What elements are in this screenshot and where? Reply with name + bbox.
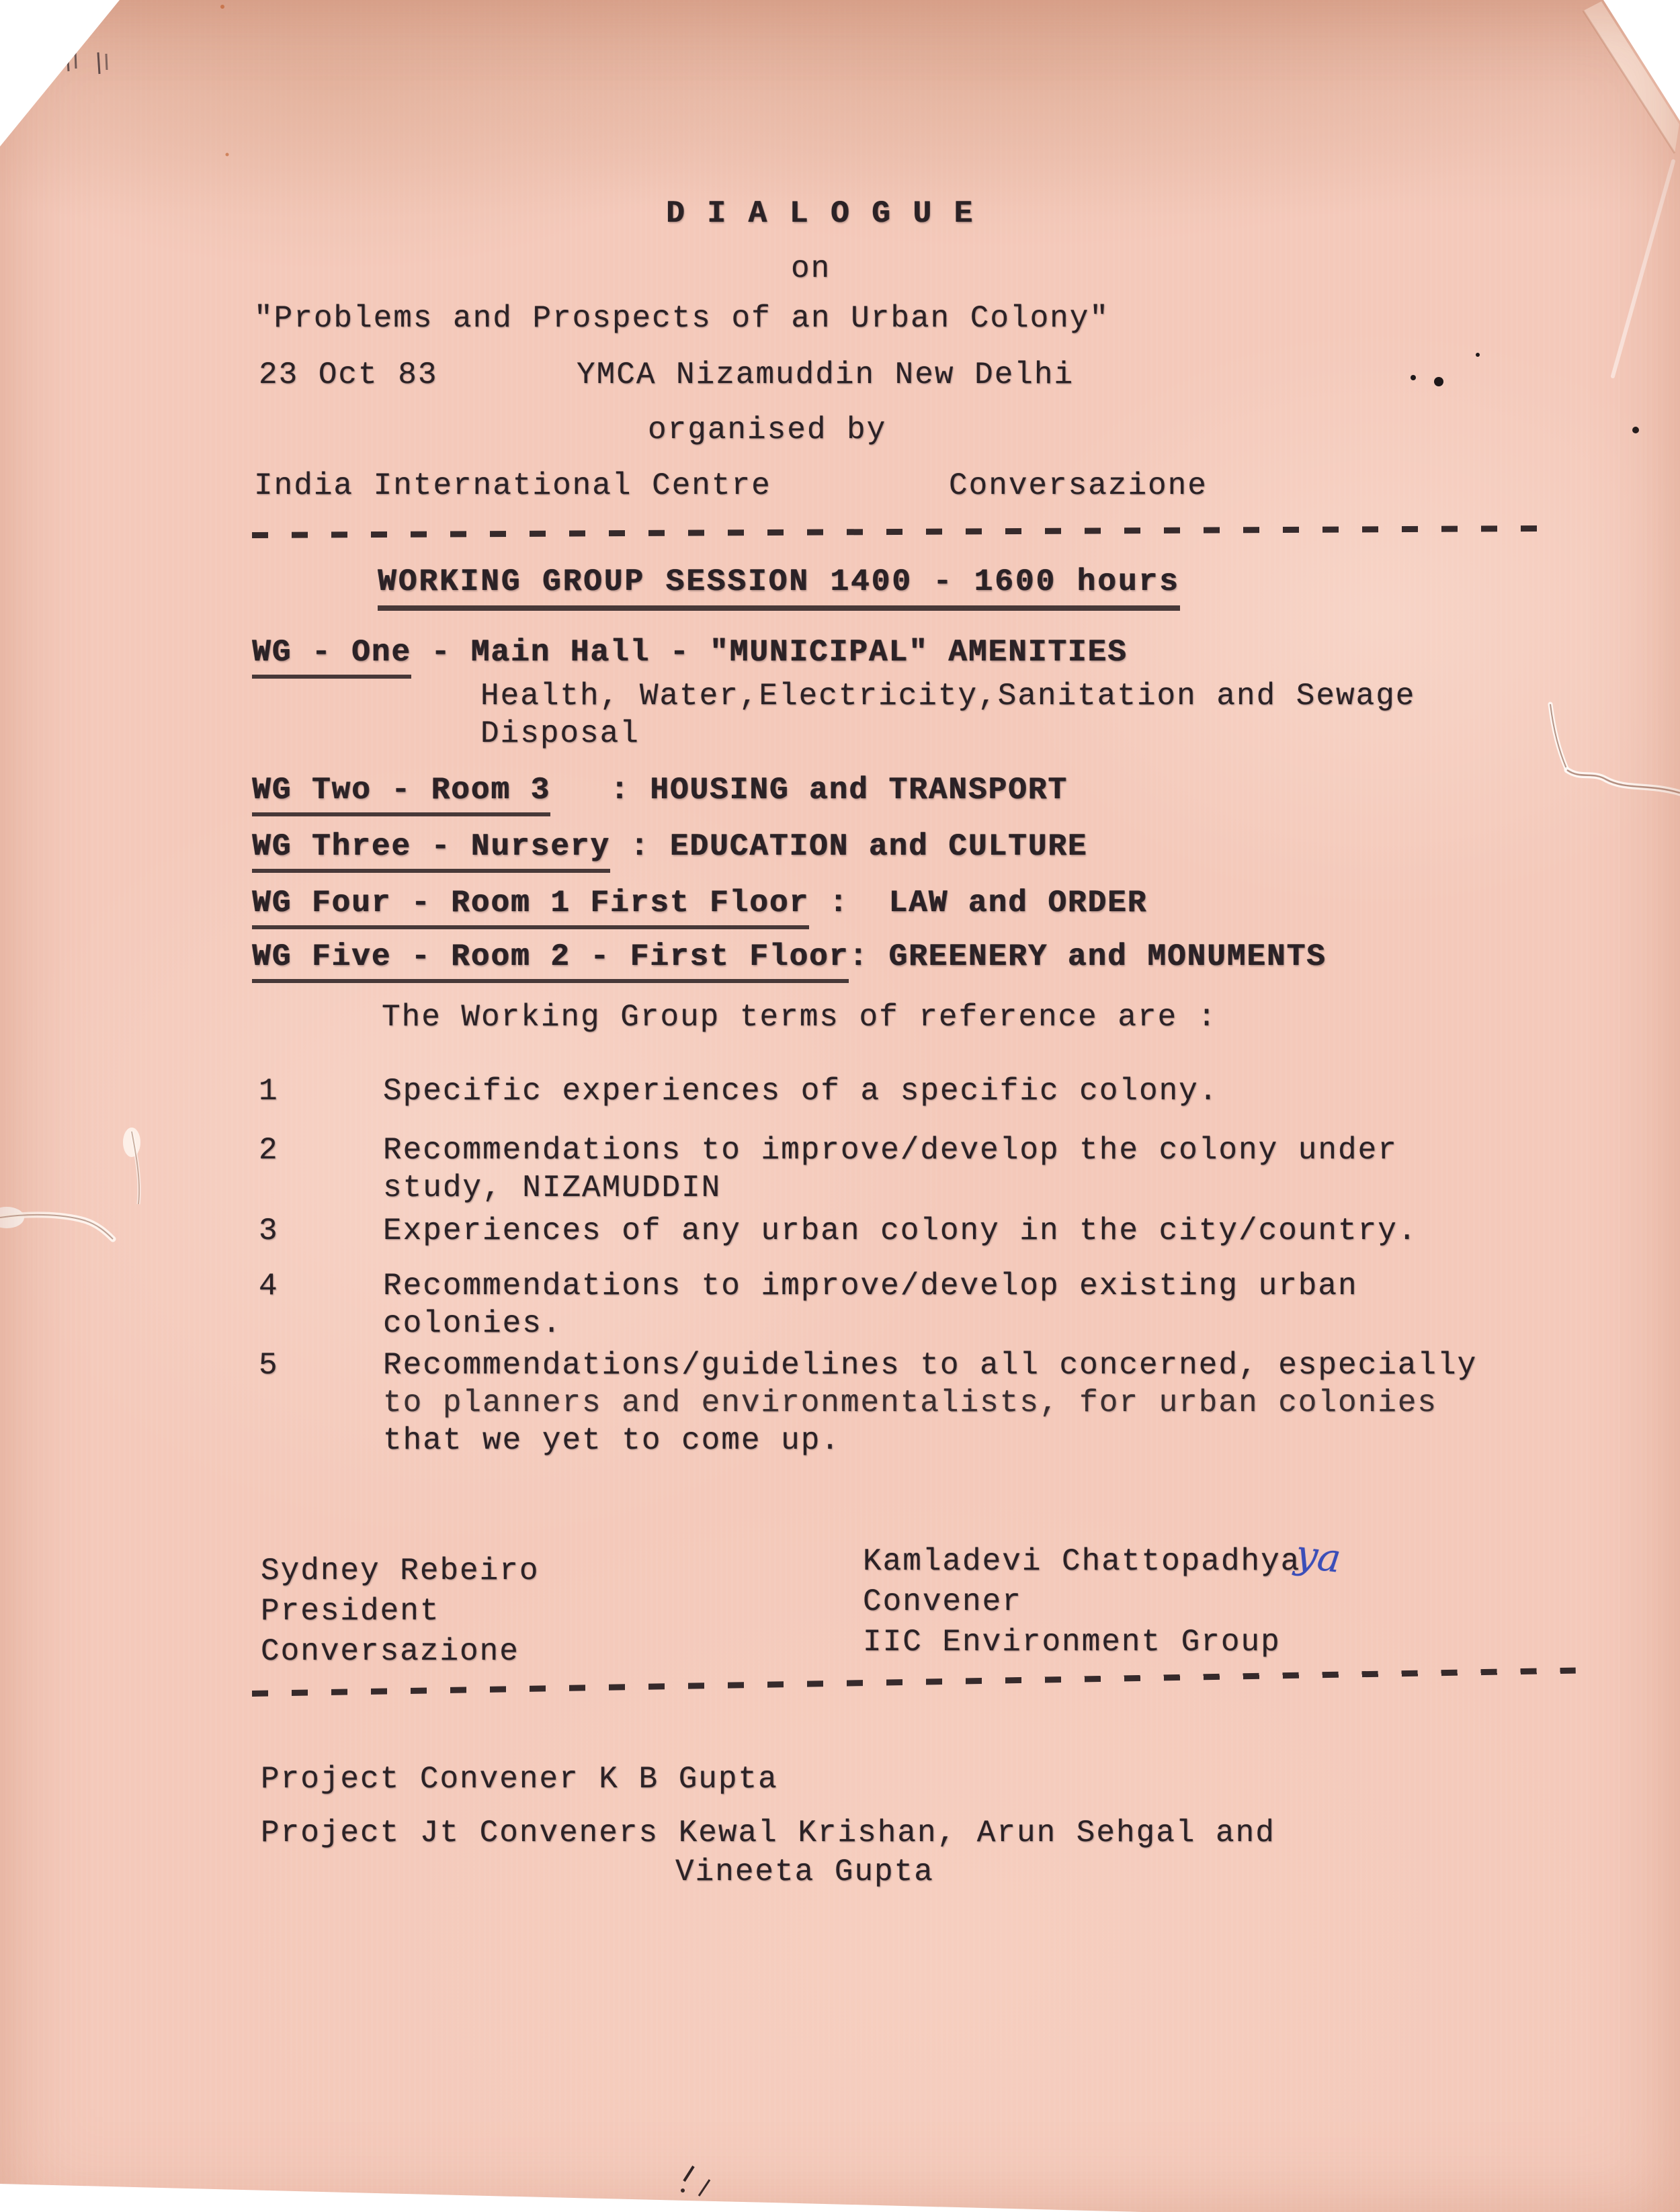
handwritten-name-suffix: ya (1293, 1531, 1343, 1582)
term-1-num: 1 (259, 1074, 279, 1109)
signature-left-org: Conversazione (261, 1634, 519, 1670)
wg-three-detail: : EDUCATION and CULTURE (610, 829, 1088, 864)
organiser-right: Conversazione (949, 468, 1208, 504)
signature-right-title: Convener (863, 1584, 1022, 1620)
term-5-line-1: Recommendations/guidelines to all concer… (383, 1348, 1477, 1384)
orange-speck-1 (220, 5, 224, 9)
pen-tick-1 (58, 47, 59, 73)
right-crack-halo (1567, 770, 1680, 793)
topic-line: "Problems and Prospects of an Urban Colo… (254, 301, 1109, 337)
pink-paper-sheet: D I A L O G U E on "Problems and Prospec… (0, 0, 1680, 2212)
organised-by: organised by (648, 413, 886, 448)
pen-tick-5 (106, 54, 107, 70)
organiser-left: India International Centre (254, 468, 771, 504)
term-3-num: 3 (259, 1214, 279, 1249)
page-title: D I A L O G U E (666, 196, 974, 232)
wg-two-line: WG Two - Room 3 : HOUSING and TRANSPORT (252, 773, 1068, 808)
wg-five-label: WG Five - Room 2 - First Floor (252, 939, 849, 983)
ink-dot-2 (1434, 377, 1443, 386)
session-heading: WORKING GROUP SESSION 1400 - 1600 hours (378, 564, 1180, 600)
signature-left-name: Sydney Rebeiro (261, 1554, 539, 1589)
ink-dot-3 (1476, 353, 1480, 357)
wg-three-label: WG Three - Nursery (252, 829, 610, 873)
left-edge-notch (0, 1207, 24, 1228)
title-on-word: on (791, 251, 831, 287)
folded-corner-strip (1583, 1, 1679, 153)
wg-one-label: WG - One (252, 635, 411, 679)
date: 23 Oct 83 (259, 357, 437, 393)
term-5-num: 5 (259, 1348, 279, 1384)
right-tear-halo (1550, 704, 1567, 770)
wg-three-line: WG Three - Nursery : EDUCATION and CULTU… (252, 829, 1087, 865)
venue: YMCA Nizamuddin New Delhi (577, 357, 1074, 393)
wg-one-line: WG - One - Main Hall - "MUNICIPAL" AMENI… (252, 635, 1128, 671)
term-1-line-1: Specific experiences of a specific colon… (383, 1074, 1218, 1109)
term-5-line-2: to planners and environmentalists, for u… (383, 1386, 1437, 1421)
wg-one-detail: - Main Hall - "MUNICIPAL" AMENITIES (411, 635, 1128, 670)
bottom-pen-slash-2 (699, 2180, 710, 2196)
term-2-line-2: study, NIZAMUDDIN (383, 1171, 721, 1206)
left-crack-hairline (0, 1215, 113, 1239)
bottom-pen-slash-1 (684, 2166, 694, 2181)
signature-right-name: Kamladevi Chattopadhya (863, 1544, 1300, 1580)
term-2-num: 2 (259, 1133, 279, 1168)
wg-one-note-1: Health, Water,Electricity,Sanitation and… (480, 679, 1415, 714)
wg-one-note-2: Disposal (480, 716, 640, 752)
footer-jt-conveners: Project Jt Conveners Kewal Krishan, Arun… (261, 1816, 1275, 1851)
wg-four-detail: : LAW and ORDER (809, 886, 1147, 921)
wg-four-line: WG Four - Room 1 First Floor : LAW and O… (252, 886, 1147, 921)
footer-convener: Project Convener K B Gupta (261, 1762, 778, 1797)
dashed-separator-top (252, 525, 1559, 538)
term-2-line-1: Recommendations to improve/develop the c… (383, 1133, 1398, 1168)
term-4-num: 4 (259, 1269, 279, 1304)
left-tear-halo (132, 1132, 139, 1204)
term-5-line-3: that we yet to come up. (383, 1423, 841, 1459)
wg-four-label: WG Four - Room 1 First Floor (252, 886, 809, 929)
right-crack-hairline (1567, 770, 1680, 793)
footer-jt-conveners-cont: Vineeta Gupta (675, 1855, 934, 1890)
wg-two-label: WG Two - Room 3 (252, 773, 550, 816)
term-4-line-2: colonies. (383, 1306, 562, 1342)
right-tear-hairline (1550, 704, 1567, 770)
fold-edge-line (1583, 11, 1675, 153)
scanned-typewritten-page: { "document": { "title": "D I A L O G U … (0, 0, 1680, 2212)
wg-five-detail: : GREENERY and MONUMENTS (849, 939, 1327, 974)
term-3-line-1: Experiences of any urban colony in the c… (383, 1214, 1417, 1249)
orange-speck-2 (226, 153, 229, 157)
left-tear-patch (123, 1128, 140, 1157)
wg-five-line: WG Five - Room 2 - First Floor: GREENERY… (252, 939, 1327, 975)
terms-intro: The Working Group terms of reference are… (382, 1000, 1217, 1035)
session-heading-text: WORKING GROUP SESSION 1400 - 1600 hours (378, 564, 1180, 611)
pen-tick-3 (75, 50, 76, 69)
term-4-line-1: Recommendations to improve/develop exist… (383, 1269, 1358, 1304)
pen-tick-4 (98, 52, 99, 74)
ink-dot-4 (1632, 427, 1639, 433)
left-crack-halo (0, 1215, 113, 1239)
signature-left-title: President (261, 1594, 439, 1629)
dashed-separator-bottom (252, 1668, 1576, 1697)
pen-tick-2 (67, 48, 69, 71)
fold-crease-line (1613, 161, 1673, 376)
wg-two-detail: : HOUSING and TRANSPORT (550, 773, 1068, 808)
ink-dot-1 (1411, 375, 1416, 380)
bottom-ink-dot (681, 2188, 685, 2193)
signature-right-org: IIC Environment Group (863, 1625, 1281, 1660)
left-tear-hairline (132, 1132, 139, 1204)
